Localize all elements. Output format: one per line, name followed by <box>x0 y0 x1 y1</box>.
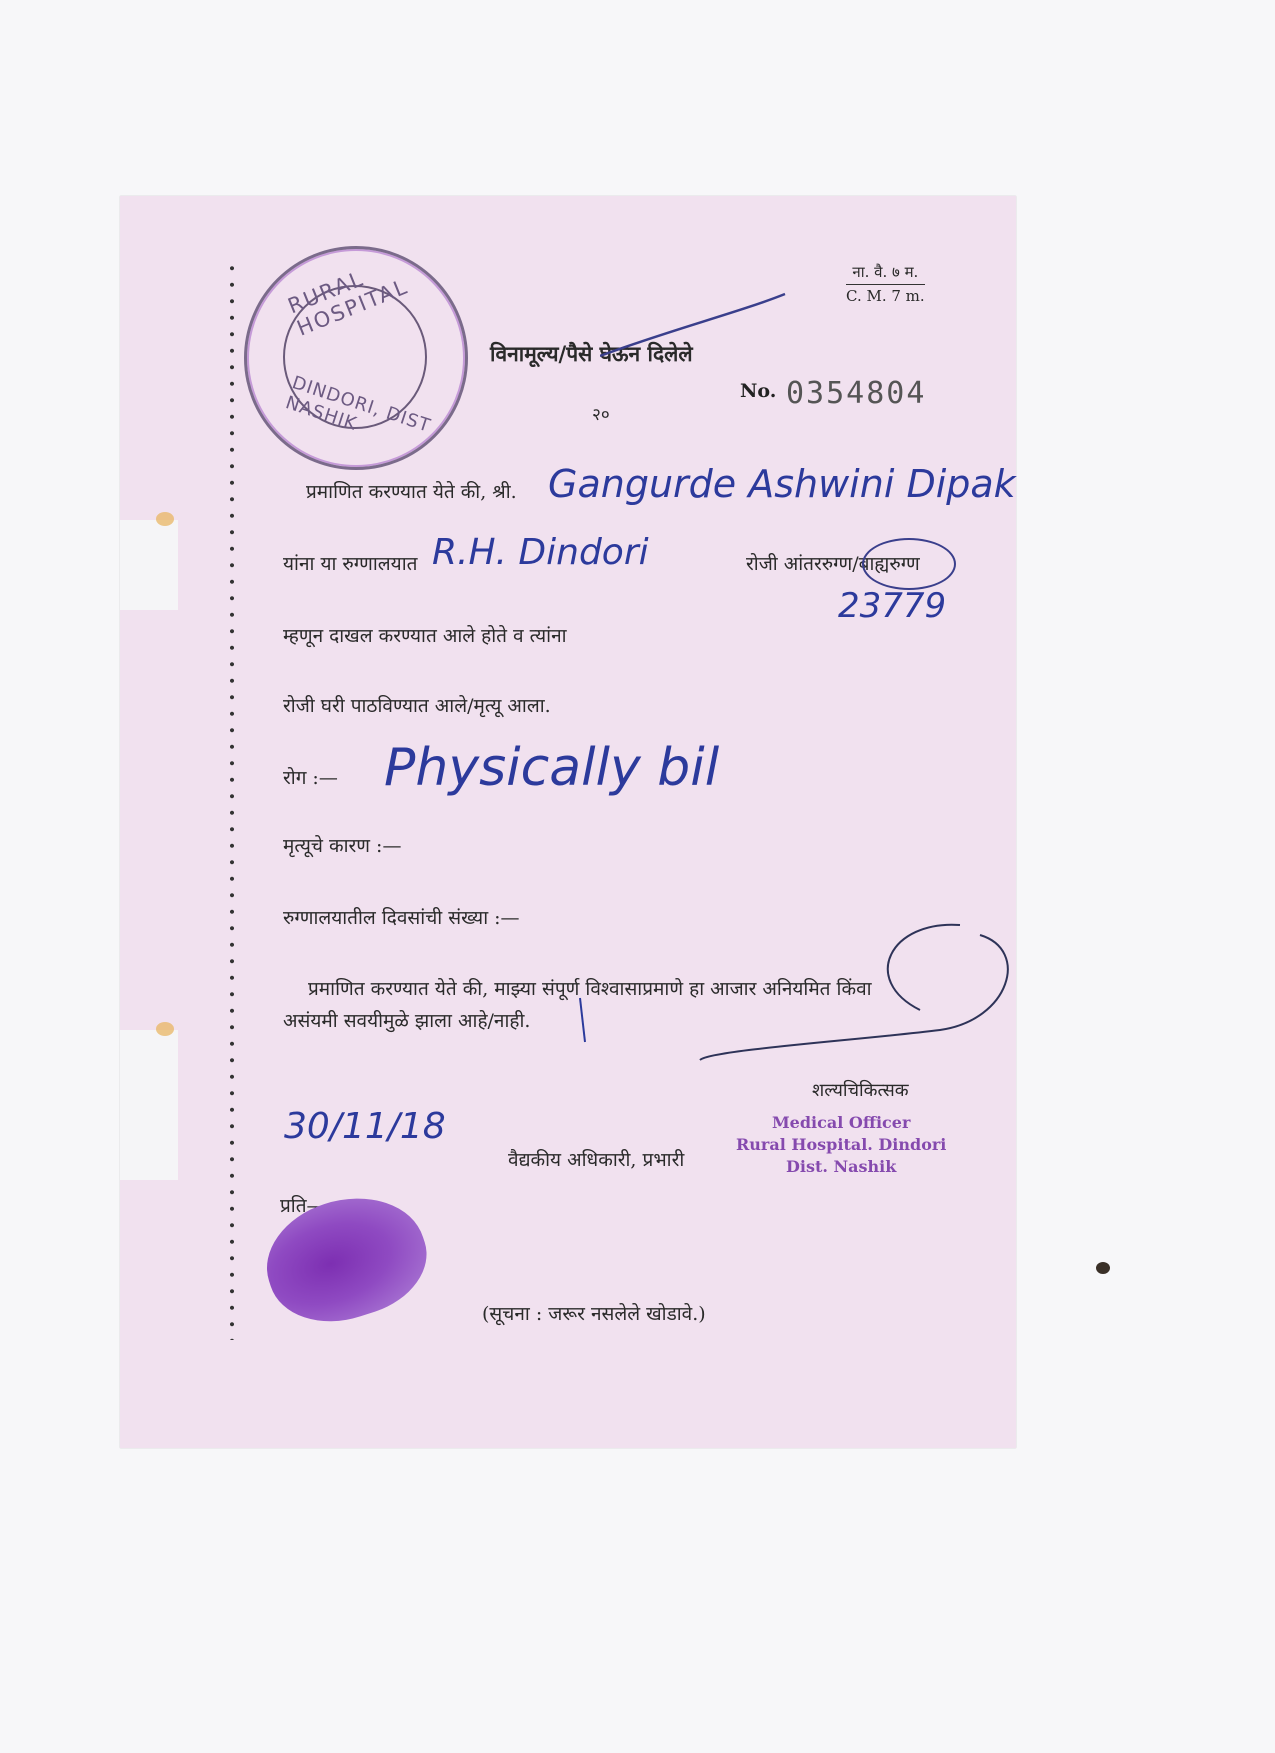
serial-label: No. <box>740 380 776 402</box>
admitted-as: म्हणून दाखल करण्यात आले होते व त्यांना <box>283 622 567 648</box>
surgeon-label: शल्यचिकित्सक <box>812 1078 909 1102</box>
instruction-note: (सूचना : जरूर नसलेले खोडावे.) <box>482 1300 706 1326</box>
perforation-dots <box>229 260 235 1340</box>
opd-circle-mark <box>862 538 956 590</box>
serial-number: 0354804 <box>786 376 926 411</box>
strike-line <box>600 290 800 360</box>
form-code-english: C. M. 7 m. <box>846 285 925 305</box>
staple-stain <box>156 1022 174 1036</box>
rural-hospital-stamp: RURAL HOSPITAL DINDORI, DIST NASHIK <box>244 246 468 470</box>
torn-notch <box>120 520 178 610</box>
year-prefix: २० <box>592 402 610 425</box>
hospital-name: R.H. Dindori <box>432 532 649 573</box>
seal-line: Medical Officer <box>736 1112 946 1134</box>
medical-officer-seal: Medical Officer Rural Hospital. Dindori … <box>736 1112 946 1178</box>
medical-officer-label: वैद्यकीय अधिकारी, प्रभारी <box>508 1146 684 1172</box>
staple-stain <box>156 512 174 526</box>
opd-number: 23779 <box>838 586 946 626</box>
form-code-marathi: ना. वै. ७ म. <box>846 262 925 285</box>
certify-intro: प्रमाणित करण्यात येते की, श्री. <box>306 478 517 504</box>
hospital-days-label: रुग्णालयातील दिवसांची संख्या :— <box>283 904 520 930</box>
scan-speck <box>1096 1262 1110 1274</box>
admitted-at-label: यांना या रुग्णालयात <box>283 550 417 576</box>
seal-line: Dist. Nashik <box>736 1156 946 1178</box>
discharged-line: रोजी घरी पाठविण्यात आले/मृत्यू आला. <box>283 692 551 718</box>
seal-line: Rural Hospital. Dindori <box>736 1134 946 1156</box>
handwritten-date: 30/11/18 <box>284 1106 446 1147</box>
patient-name: Gangurde Ashwini Dipak <box>548 462 1016 506</box>
handwritten-marks <box>560 650 1020 1070</box>
torn-notch <box>120 1030 178 1180</box>
form-code: ना. वै. ७ म. C. M. 7 m. <box>846 262 925 305</box>
declaration-line-2: असंयमी सवयीमुळे झाला आहे/नाही. <box>283 1007 530 1033</box>
death-cause-label: मृत्यूचे कारण :— <box>283 832 401 858</box>
disease-label: रोग :— <box>283 764 338 790</box>
